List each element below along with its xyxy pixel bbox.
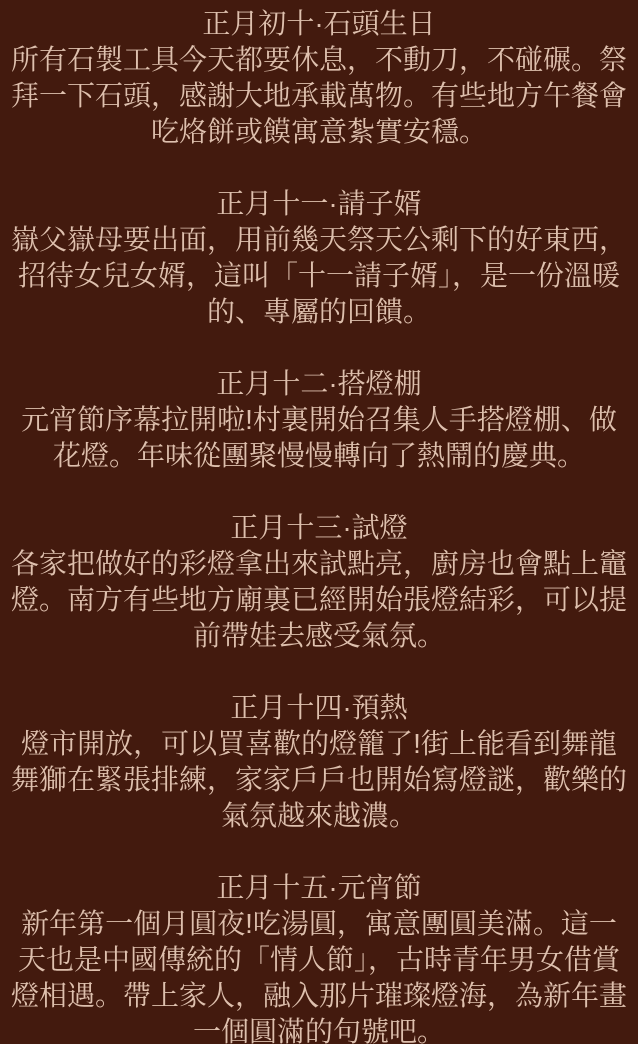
body-line: 舞獅在緊張排練，家家戶戶也開始寫燈謎，歡樂的 xyxy=(0,762,638,798)
festival-calendar-page: 正月初十·石頭生日 所有石製工具今天都要休息，不動刀，不碰碾。祭 拜一下石頭，感… xyxy=(0,0,638,1044)
body-line: 招待女兒女婿，這叫「十一請子婿」，是一份溫暖 xyxy=(0,258,638,294)
body-line: 燈。南方有些地方廟裏已經開始張燈結彩，可以提 xyxy=(0,582,638,618)
section-day-12: 正月十二·搭燈棚 元宵節序幕拉開啦!村裏開始召集人手搭燈棚、做 花燈。年味從團聚… xyxy=(0,366,638,474)
body-line: 的、專屬的回饋。 xyxy=(0,294,638,330)
body-line: 氣氛越來越濃。 xyxy=(0,798,638,834)
section-day-11: 正月十一·請子婿 嶽父嶽母要出面，用前幾天祭天公剩下的好東西， 招待女兒女婿，這… xyxy=(0,186,638,330)
section-title: 正月十四·預熱 xyxy=(0,690,638,726)
section-day-14: 正月十四·預熱 燈市開放，可以買喜歡的燈籠了!街上能看到舞龍 舞獅在緊張排練，家… xyxy=(0,690,638,834)
section-title: 正月初十·石頭生日 xyxy=(0,6,638,42)
body-line: 前帶娃去感受氣氛。 xyxy=(0,618,638,654)
body-line: 燈相遇。帶上家人，融入那片璀璨燈海，為新年畫 xyxy=(0,978,638,1014)
body-line: 天也是中國傳統的「情人節」，古時青年男女借賞 xyxy=(0,942,638,978)
section-day-13: 正月十三·試燈 各家把做好的彩燈拿出來試點亮，廚房也會點上竈 燈。南方有些地方廟… xyxy=(0,510,638,654)
body-line: 一個圓滿的句號吧。 xyxy=(0,1014,638,1044)
body-line: 各家把做好的彩燈拿出來試點亮，廚房也會點上竈 xyxy=(0,546,638,582)
section-title: 正月十二·搭燈棚 xyxy=(0,366,638,402)
body-line: 所有石製工具今天都要休息，不動刀，不碰碾。祭 xyxy=(0,42,638,78)
section-day-15: 正月十五·元宵節 新年第一個月圓夜!吃湯圓，寓意團圓美滿。這一 天也是中國傳統的… xyxy=(0,870,638,1044)
section-day-10: 正月初十·石頭生日 所有石製工具今天都要休息，不動刀，不碰碾。祭 拜一下石頭，感… xyxy=(0,6,638,150)
body-line: 嶽父嶽母要出面，用前幾天祭天公剩下的好東西， xyxy=(0,222,638,258)
section-title: 正月十五·元宵節 xyxy=(0,870,638,906)
body-line: 吃烙餅或饃寓意紮實安穩。 xyxy=(0,114,638,150)
body-line: 新年第一個月圓夜!吃湯圓，寓意團圓美滿。這一 xyxy=(0,906,638,942)
body-line: 拜一下石頭，感謝大地承載萬物。有些地方午餐會 xyxy=(0,78,638,114)
body-line: 燈市開放，可以買喜歡的燈籠了!街上能看到舞龍 xyxy=(0,726,638,762)
section-title: 正月十一·請子婿 xyxy=(0,186,638,222)
body-line: 花燈。年味從團聚慢慢轉向了熱鬧的慶典。 xyxy=(0,438,638,474)
body-line: 元宵節序幕拉開啦!村裏開始召集人手搭燈棚、做 xyxy=(0,402,638,438)
section-title: 正月十三·試燈 xyxy=(0,510,638,546)
